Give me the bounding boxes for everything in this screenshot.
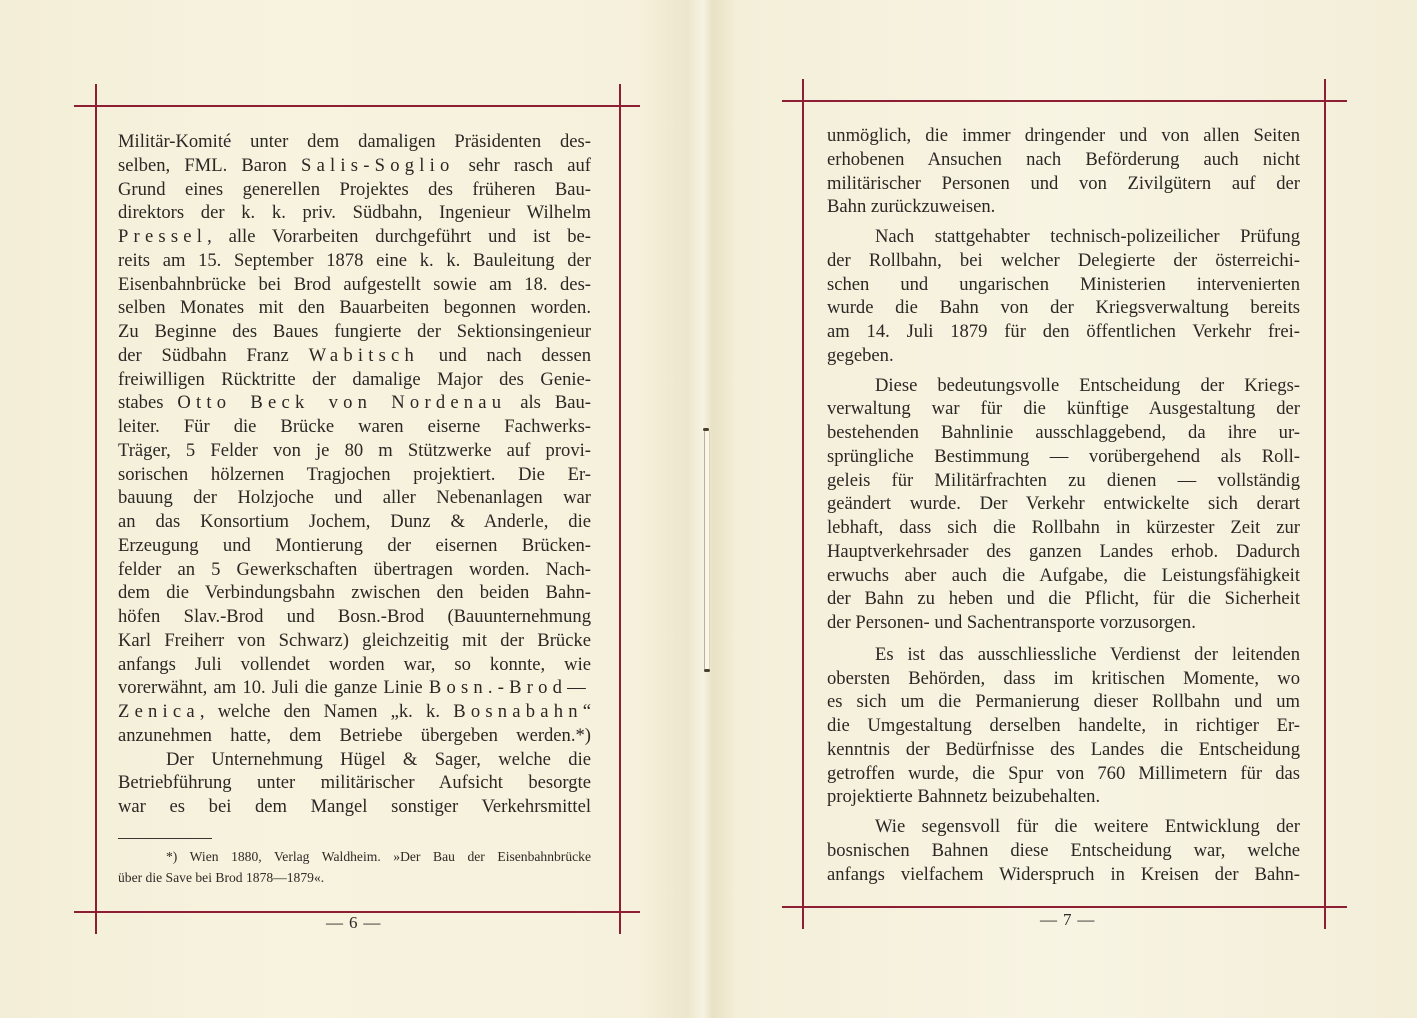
text-line: anzunehmen hatte, dem Betriebe übergeben…	[118, 724, 591, 748]
text-line: der Südbahn Franz Wabitsch und nach dess…	[118, 344, 591, 368]
text-line: stabes Otto Beck von Nordenau als Bau-	[118, 391, 591, 415]
text-line: lebhaft, dass sich die Rollbahn in kürze…	[827, 516, 1300, 540]
footnote-line: über die Save bei Brod 1878—1879«.	[118, 867, 591, 888]
text-line: getroffen wurde, die Spur von 760 Millim…	[827, 762, 1300, 786]
text-line: geleis für Militärfrachten zu dienen — v…	[827, 469, 1300, 493]
text-line: der Rollbahn, bei welcher Delegierte der…	[827, 249, 1300, 273]
left-body-text: Militär-Komité unter dem damaligen Präsi…	[118, 130, 591, 819]
page-number: — 6 —	[326, 913, 381, 933]
text-line: kenntnis der Bedürfnisse des Landes die …	[827, 738, 1300, 762]
text-line: Der Unternehmung Hügel & Sager, welche d…	[118, 748, 591, 772]
text-line: Pressel, alle Vorarbeiten durchgeführt u…	[118, 225, 591, 249]
text-line: reits am 15. September 1878 eine k. k. B…	[118, 249, 591, 273]
text-line: anfangs vielfachem Widerspruch in Kreise…	[827, 863, 1300, 887]
text-line: Träger, 5 Felder von je 80 m Stützwerke …	[118, 439, 591, 463]
right-frame-bottom-line	[782, 906, 1347, 908]
text-line: Nach stattgehabter technisch-polizeilich…	[827, 225, 1300, 249]
text-line: war es bei dem Mangel sonstiger Verkehrs…	[118, 795, 591, 819]
text-line: Hauptverkehrsader des ganzen Landes erho…	[827, 540, 1300, 564]
text-line: der Bahn zu heben und die Pflicht, für d…	[827, 587, 1300, 611]
text-line: selben, FML. Baron Salis-Soglio sehr ras…	[118, 154, 591, 178]
text-line: bauung der Holzjoche und aller Nebenanla…	[118, 486, 591, 510]
right-frame-left-line	[802, 79, 804, 929]
text-line: dem die Verbindungsbahn zwischen den bei…	[118, 581, 591, 605]
left-frame-top-line	[74, 105, 640, 107]
text-line: Karl Freiherr von Schwarz) gleichzeitig …	[118, 629, 591, 653]
text-line: Zu Beginne des Baues fungierte der Sekti…	[118, 320, 591, 344]
text-line: gegeben.	[827, 344, 1300, 368]
footnote-line: *) Wien 1880, Verlag Waldheim. »Der Bau …	[118, 846, 591, 867]
left-frame-left-line	[95, 84, 97, 934]
text-line: Erzeugung und Montierung der eisernen Br…	[118, 534, 591, 558]
text-line: militärischer Personen und von Zivilgüte…	[827, 172, 1300, 196]
text-line: es sich um die Permanierung dieser Rollb…	[827, 690, 1300, 714]
right-body-text: unmöglich, die immer dringender und von …	[827, 124, 1300, 886]
spaced-name: Otto Beck von Nordenau	[177, 392, 506, 413]
spaced-name: Pressel	[118, 226, 207, 247]
right-frame-right-line	[1324, 79, 1326, 929]
left-frame-right-line	[619, 84, 621, 934]
text-line: der Personen- und Sachentransporte vorzu…	[827, 611, 1300, 635]
footnote: *) Wien 1880, Verlag Waldheim. »Der Bau …	[118, 846, 591, 888]
text-line: höfen Slav.-Brod und Bosn.-Brod (Bauunte…	[118, 605, 591, 629]
text-line: direktors der k. k. priv. Südbahn, Ingen…	[118, 201, 591, 225]
text-line: Wie segensvoll für die weitere Entwicklu…	[827, 815, 1300, 839]
text-line: Bahn zurückzuweisen.	[827, 195, 1300, 219]
text-line: selben Monates mit den Bauarbeiten begon…	[118, 296, 591, 320]
page-number: — 7 —	[1040, 910, 1095, 930]
text-line: geändert wurde. Der Verkehr entwickelte …	[827, 492, 1300, 516]
text-line: Grund eines generellen Projektes des frü…	[118, 178, 591, 202]
text-line: anfangs Juli vollendet worden war, so ko…	[118, 653, 591, 677]
right-frame-top-line	[782, 100, 1347, 102]
text-line: am 14. Juli 1879 für den öffentlichen Ve…	[827, 320, 1300, 344]
text-line: leiter. Für die Brücke waren eiserne Fac…	[118, 415, 591, 439]
text-line: erwuchs aber auch die Aufgabe, die Leist…	[827, 564, 1300, 588]
text-line: Diese bedeutungsvolle Entscheidung der K…	[827, 374, 1300, 398]
spaced-name: Salis-Soglio	[301, 155, 454, 176]
text-line: Eisenbahnbrücke bei Brod aufgestellt sow…	[118, 273, 591, 297]
text-line: bestehenden Bahnlinie ausschlaggebend, d…	[827, 421, 1300, 445]
left-page: Militär-Komité unter dem damaligen Präsi…	[0, 0, 700, 1018]
text-line: Zenica, welche den Namen „k. k. Bosnabah…	[118, 700, 591, 724]
text-line: sprüngliche Bestimmung — vorübergehend a…	[827, 445, 1300, 469]
spaced-name: Bosn.-Brod—	[429, 677, 591, 698]
text-line: die Umgestaltung derselben handelte, in …	[827, 714, 1300, 738]
text-line: verwaltung war für die künftige Ausgesta…	[827, 397, 1300, 421]
text-line: unmöglich, die immer dringender und von …	[827, 124, 1300, 148]
text-line: Betriebführung unter militärischer Aufsi…	[118, 771, 591, 795]
text-line: vorerwähnt, am 10. Juli die ganze Linie …	[118, 676, 591, 700]
text-line: an das Konsortium Jochem, Dunz & Anderle…	[118, 510, 591, 534]
text-line: wurde die Bahn von der Kriegsverwaltung …	[827, 296, 1300, 320]
text-line: erhobenen Ansuchen nach Beförderung auch…	[827, 148, 1300, 172]
text-line: projektierte Bahnnetz beizubehalten.	[827, 785, 1300, 809]
footnote-separator	[118, 838, 212, 839]
spaced-name: Wabitsch	[309, 345, 419, 366]
text-line: bosnischen Bahnen diese Entscheidung war…	[827, 839, 1300, 863]
text-line: Militär-Komité unter dem damaligen Präsi…	[118, 130, 591, 154]
text-line: Es ist das ausschliessliche Verdienst de…	[827, 643, 1300, 667]
spaced-name: Bosnabahn	[453, 701, 583, 722]
right-page: unmöglich, die immer dringender und von …	[700, 0, 1417, 1018]
text-line: felder an 5 Gewerkschaften übertragen wo…	[118, 558, 591, 582]
book-spread: Militär-Komité unter dem damaligen Präsi…	[0, 0, 1417, 1018]
spaced-name: Zenica	[118, 701, 200, 722]
text-line: obersten Behörden, dass im kritischen Mo…	[827, 667, 1300, 691]
text-line: sorischen hölzernen Tragjochen projektie…	[118, 463, 591, 487]
text-line: freiwilligen Rücktritte der damalige Maj…	[118, 368, 591, 392]
text-line: schen und ungarischen Ministerien interv…	[827, 273, 1300, 297]
